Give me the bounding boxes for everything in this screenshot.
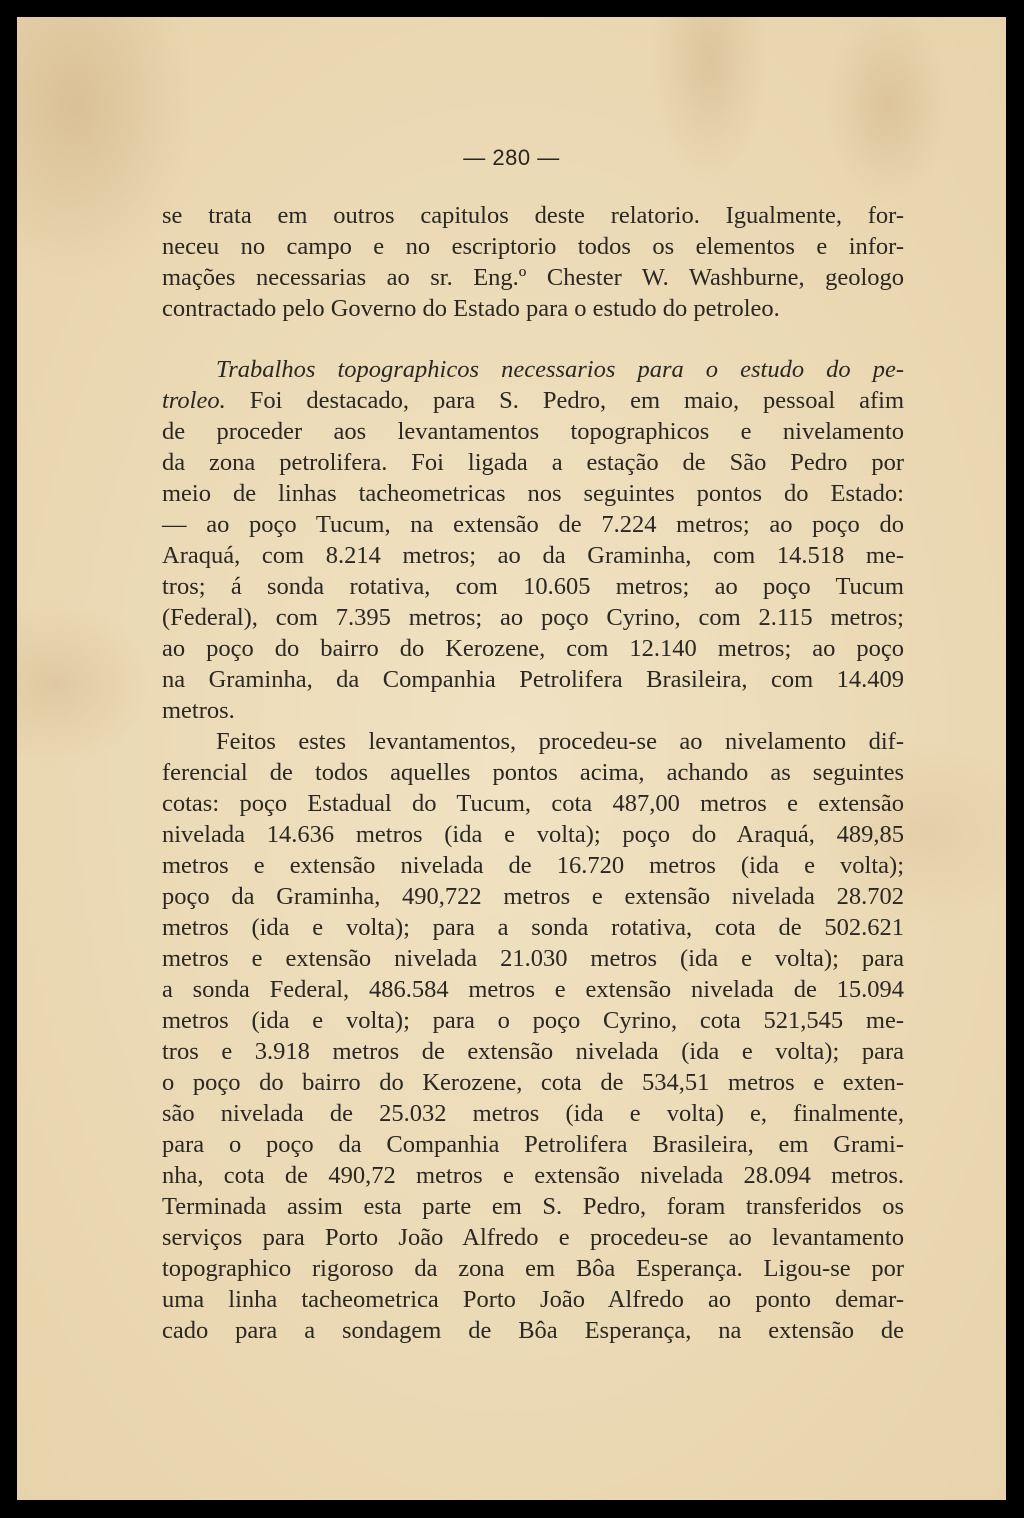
paragraph-3: Feitos estes levantamentos, procedeu-se … <box>162 726 904 1346</box>
text-line: de proceder aos levantamentos topographi… <box>162 416 904 447</box>
text-line: cado para a sondagem de Bôa Esperança, n… <box>162 1315 904 1346</box>
paragraph-gap <box>162 324 904 354</box>
text-line: uma linha tacheometrica Porto João Alfre… <box>162 1284 904 1315</box>
text-line: o poço do bairro do Kerozene, cota de 53… <box>162 1067 904 1098</box>
text-line: poço da Graminha, 490,722 metros e exten… <box>162 881 904 912</box>
text-line: são nivelada de 25.032 metros (ida e vol… <box>162 1098 904 1129</box>
page-paper: — 280 — se trata em outros capitulos des… <box>17 17 1006 1500</box>
text-line: mações necessarias ao sr. Eng.º Chester … <box>162 262 904 293</box>
text-line: neceu no campo e no escriptorio todos os… <box>162 231 904 262</box>
text-line: — ao poço Tucum, na extensão de 7.224 me… <box>162 509 904 540</box>
section-heading: Trabalhos topographicos necessarios para… <box>162 354 904 385</box>
text-fragment: Foi destacado, para S. Pedro, em maio, p… <box>226 387 904 414</box>
page-number: — 280 — <box>17 145 1006 171</box>
text-line: (Federal), com 7.395 metros; ao poço Cyr… <box>162 602 904 633</box>
text-line: troleo. Foi destacado, para S. Pedro, em… <box>162 385 904 416</box>
paragraph-1: se trata em outros capitulos deste relat… <box>162 200 904 324</box>
text-line: contractado pelo Governo do Estado para … <box>162 293 904 324</box>
text-line: metros e extensão nivelada 21.030 metros… <box>162 943 904 974</box>
text-line: topographico rigoroso da zona em Bôa Esp… <box>162 1253 904 1284</box>
text-line: Feitos estes levantamentos, procedeu-se … <box>162 726 904 757</box>
text-line: para o poço da Companhia Petrolifera Bra… <box>162 1129 904 1160</box>
text-line: tros; á sonda rotativa, com 10.605 metro… <box>162 571 904 602</box>
section-heading-end: troleo. <box>162 387 226 414</box>
paragraph-2: Trabalhos topographicos necessarios para… <box>162 354 904 726</box>
text-line: ferencial de todos aquelles pontos acima… <box>162 757 904 788</box>
text-line: metros (ida e volta); para o poço Cyrino… <box>162 1005 904 1036</box>
text-line: cotas: poço Estadual do Tucum, cota 487,… <box>162 788 904 819</box>
text-line: tros e 3.918 metros de extensão nivelada… <box>162 1036 904 1067</box>
text-line: metros. <box>162 695 904 726</box>
body-text: se trata em outros capitulos deste relat… <box>162 200 904 1346</box>
text-line: da zona petrolifera. Foi ligada a estaçã… <box>162 447 904 478</box>
text-line: metros (ida e volta); para a sonda rotat… <box>162 912 904 943</box>
text-line: meio de linhas tacheometricas nos seguin… <box>162 478 904 509</box>
text-line: nha, cota de 490,72 metros e extensão ni… <box>162 1160 904 1191</box>
text-line: Terminada assim esta parte em S. Pedro, … <box>162 1191 904 1222</box>
text-line: na Graminha, da Companhia Petrolifera Br… <box>162 664 904 695</box>
text-line: serviços para Porto João Alfredo e proce… <box>162 1222 904 1253</box>
text-line: ao poço do bairro do Kerozene, com 12.14… <box>162 633 904 664</box>
text-line: nivelada 14.636 metros (ida e volta); po… <box>162 819 904 850</box>
text-line: Araquá, com 8.214 metros; ao da Graminha… <box>162 540 904 571</box>
text-line: metros e extensão nivelada de 16.720 met… <box>162 850 904 881</box>
text-line: a sonda Federal, 486.584 metros e extens… <box>162 974 904 1005</box>
text-line: se trata em outros capitulos deste relat… <box>162 200 904 231</box>
